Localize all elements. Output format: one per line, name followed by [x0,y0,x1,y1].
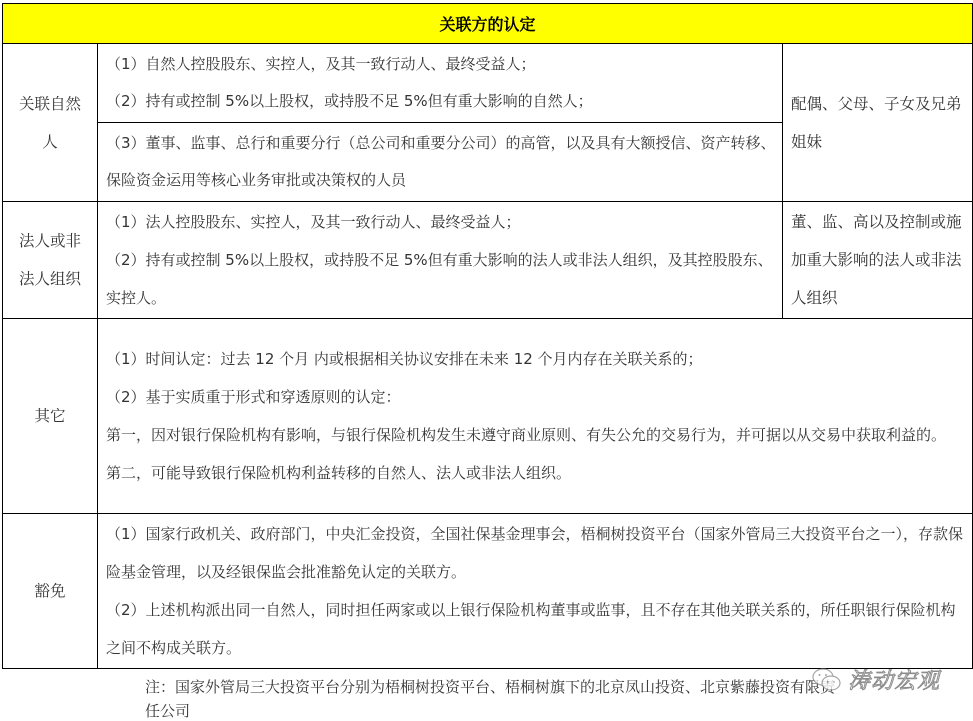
content-line: （1）法人控股股东、实控人，及其一致行动人、最终受益人； [106,203,778,241]
related-party-table: 关联方的认定 关联自然人 （1）自然人控股股东、实控人，及其一致行动人、最终受益… [2,3,973,669]
content-line: （1）时间认定：过去 12 个月 内或根据相关协议安排在未来 12 个月内存在关… [106,340,968,378]
category-cell: 法人或非法人组织 [3,202,98,319]
content-cell: （1）法人控股股东、实控人，及其一致行动人、最终受益人； （2）持有或控制 5%… [98,202,783,319]
watermark-text: 涛动宏观 [848,664,940,695]
table-row: 法人或非法人组织 （1）法人控股股东、实控人，及其一致行动人、最终受益人； （2… [3,202,973,319]
category-cell: 关联自然人 [3,44,98,202]
side-text: 董、监、高以及控制或施加重大影响的法人或非法人组织 [791,213,962,307]
content-line: （2）持有或控制 5%以上股权，或持股不足 5%但有重大影响的法人或非法人组织，… [106,241,778,317]
wechat-icon [812,667,842,693]
side-cell: 董、监、高以及控制或施加重大影响的法人或非法人组织 [783,202,973,319]
content-line: （1）国家行政机关、政府部门，中央汇金投资，全国社保基金理事会，梧桐树投资平台（… [106,515,968,591]
content-line: （2）持有或控制 5%以上股权，或持股不足 5%但有重大影响的自然人； [106,83,778,120]
content-cell: （1）自然人控股股东、实控人，及其一致行动人、最终受益人； （2）持有或控制 5… [98,44,783,202]
table-title-row: 关联方的认定 [3,4,973,44]
content-section-top: （1）自然人控股股东、实控人，及其一致行动人、最终受益人； （2）持有或控制 5… [98,44,782,123]
category-label: 豁免 [34,582,65,600]
content-line: （3）董事、监事、总行和重要分行（总公司和重要分公司）的高管，以及具有大额授信、… [106,125,778,199]
content-line: （1）自然人控股股东、实控人，及其一致行动人、最终受益人； [106,46,778,83]
content-line: 第二，可能导致银行保险机构利益转移的自然人、法人或非法人组织。 [106,454,968,492]
category-label: 法人或非法人组织 [3,222,97,298]
side-text: 配偶、父母、子女及兄弟姐妹 [791,95,962,151]
table-row: 豁免 （1）国家行政机关、政府部门，中央汇金投资，全国社保基金理事会，梧桐树投资… [3,514,973,669]
category-cell: 其它 [3,319,98,514]
table-row: 其它 （1）时间认定：过去 12 个月 内或根据相关协议安排在未来 12 个月内… [3,319,973,514]
content-section-bottom: （3）董事、监事、总行和重要分行（总公司和重要分公司）的高管，以及具有大额授信、… [98,123,782,201]
table-row: 关联自然人 （1）自然人控股股东、实控人，及其一致行动人、最终受益人； （2）持… [3,44,973,202]
table-footnote: 注：国家外管局三大投资平台分别为梧桐树投资平台、梧桐树旗下的北京凤山投资、北京紫… [145,675,845,721]
content-line: 第一，因对银行保险机构有影响，与银行保险机构发生未遵守商业原则、有失公允的交易行… [106,416,968,454]
category-label: 其它 [34,407,65,425]
category-label: 关联自然人 [3,85,97,161]
content-cell: （1）国家行政机关、政府部门，中央汇金投资，全国社保基金理事会，梧桐树投资平台（… [98,514,973,669]
table-title: 关联方的认定 [3,4,973,44]
content-cell: （1）时间认定：过去 12 个月 内或根据相关协议安排在未来 12 个月内存在关… [98,319,973,514]
watermark: 涛动宏观 [812,664,940,695]
category-cell: 豁免 [3,514,98,669]
content-line: （2）上述机构派出同一自然人，同时担任两家或以上银行保险机构董事或监事，且不存在… [106,591,968,667]
content-line: （2）基于实质重于形式和穿透原则的认定： [106,378,968,416]
side-cell: 配偶、父母、子女及兄弟姐妹 [783,44,973,202]
